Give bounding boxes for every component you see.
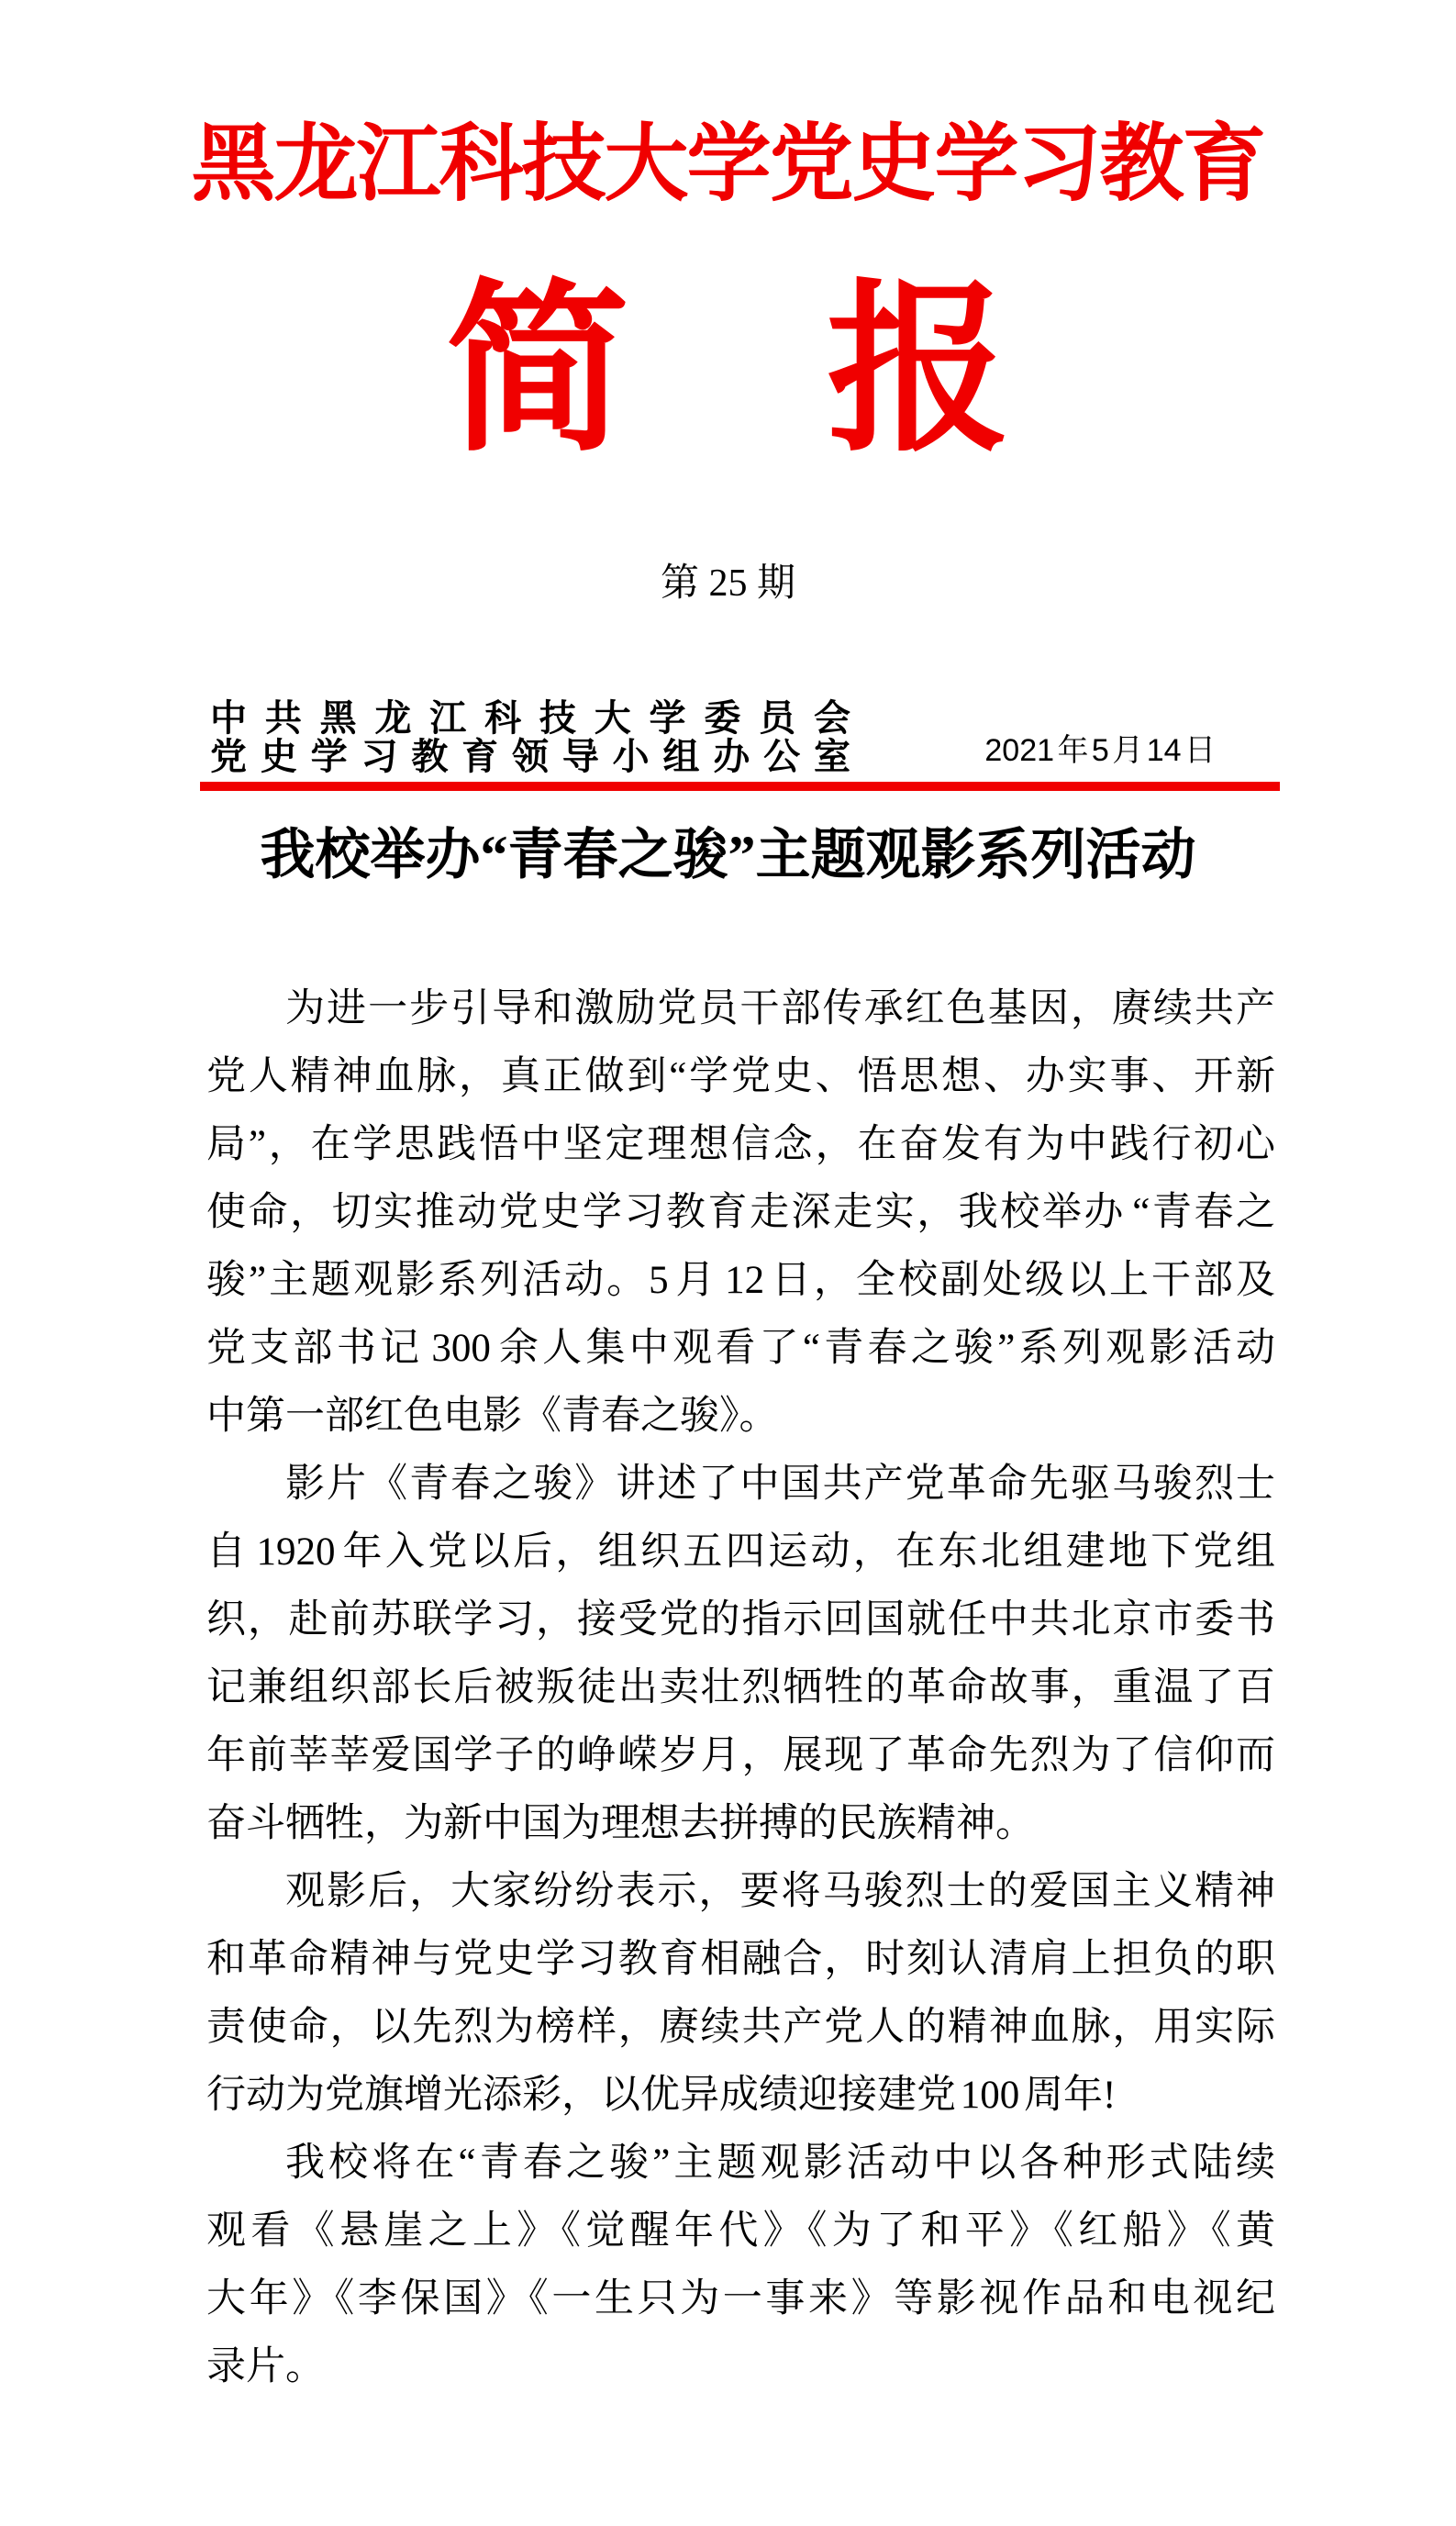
masthead-title: 黑龙江科技大学党史学习教育 (0, 116, 1456, 213)
body-line: 责使命，以先烈为榜样，赓续共产党人的精神血脉，用实际 (206, 1994, 1275, 2062)
article-body: 为进一步引导和激励党员干部传承红色基因，赓续共产 党人精神血脉，真正做到“学党史… (206, 975, 1275, 2401)
issue-number: 第 25 期 (0, 562, 1456, 606)
bulletin-page: 黑龙江科技大学党史学习教育 简 报 第 25 期 中共黑龙江科技大学委员会 党史… (0, 0, 1456, 2526)
issuing-organization: 中共黑龙江科技大学委员会 党史学习教育领导小组办公室 (210, 700, 850, 776)
body-line: 观影后，大家纷纷表示，要将马骏烈士的爱国主义精神 (206, 1858, 1275, 1926)
bulletin-name: 简 报 (0, 272, 1456, 469)
body-line: 观看《悬崖之上》《觉醒年代》《为了和平》《红船》《黄 (206, 2198, 1275, 2265)
bulletin-name-char-jian: 简 (446, 272, 629, 469)
org-line-committee: 中共黑龙江科技大学委员会 (210, 700, 850, 739)
body-line: 局”，在学思践悟中坚定理想信念，在奋发有为中践行初心 (206, 1111, 1275, 1179)
body-line: 和革命精神与党史学习教育相融合，时刻认清肩上担负的职 (206, 1926, 1275, 1994)
divider-rule (200, 782, 1280, 791)
body-line: 录片。 (206, 2333, 1275, 2401)
article-title: 我校举办“青春之骏”主题观影系列活动 (0, 822, 1456, 888)
org-line-office: 党史学习教育领导小组办公室 (210, 739, 850, 777)
body-line: 大年》《李保国》《一生只为一事来》等影视作品和电视纪 (206, 2265, 1275, 2333)
body-line: 影片《青春之骏》讲述了中国共产党革命先驱马骏烈士 (206, 1451, 1275, 1519)
body-line: 织，赴前苏联学习，接受党的指示回国就任中共北京市委书 (206, 1586, 1275, 1654)
body-line: 自 1920 年入党以后，组织五四运动，在东北组建地下党组 (206, 1519, 1275, 1586)
body-line: 使命，切实推动党史学习教育走深走实，我校举办 “青春之 (206, 1179, 1275, 1247)
body-line: 为进一步引导和激励党员干部传承红色基因，赓续共产 (206, 975, 1275, 1043)
body-line: 奋斗牺牲，为新中国为理想去拼搏的民族精神。 (206, 1790, 1275, 1858)
issue-date: 2021 年 5 月 14 日 (984, 731, 1216, 770)
body-line: 党支部书记 300 余人集中观看了“青春之骏”系列观影活动 (206, 1315, 1275, 1383)
body-line: 记兼组织部长后被叛徒出卖壮烈牺牲的革命故事，重温了百 (206, 1654, 1275, 1722)
body-line: 中第一部红色电影《青春之骏》。 (206, 1383, 1275, 1451)
body-line: 行动为党旗增光添彩，以优异成绩迎接建党 100 周年! (206, 2062, 1275, 2130)
body-line: 党人精神血脉，真正做到“学党史、悟思想、办实事、开新 (206, 1043, 1275, 1111)
body-line: 骏”主题观影系列活动。5 月 12 日，全校副处级以上干部及 (206, 1247, 1275, 1315)
body-line: 我校将在“青春之骏”主题观影活动中以各种形式陆续 (206, 2130, 1275, 2198)
bulletin-name-char-bao: 报 (827, 272, 1010, 469)
body-line: 年前莘莘爱国学子的峥嵘岁月，展现了革命先烈为了信仰而 (206, 1722, 1275, 1790)
